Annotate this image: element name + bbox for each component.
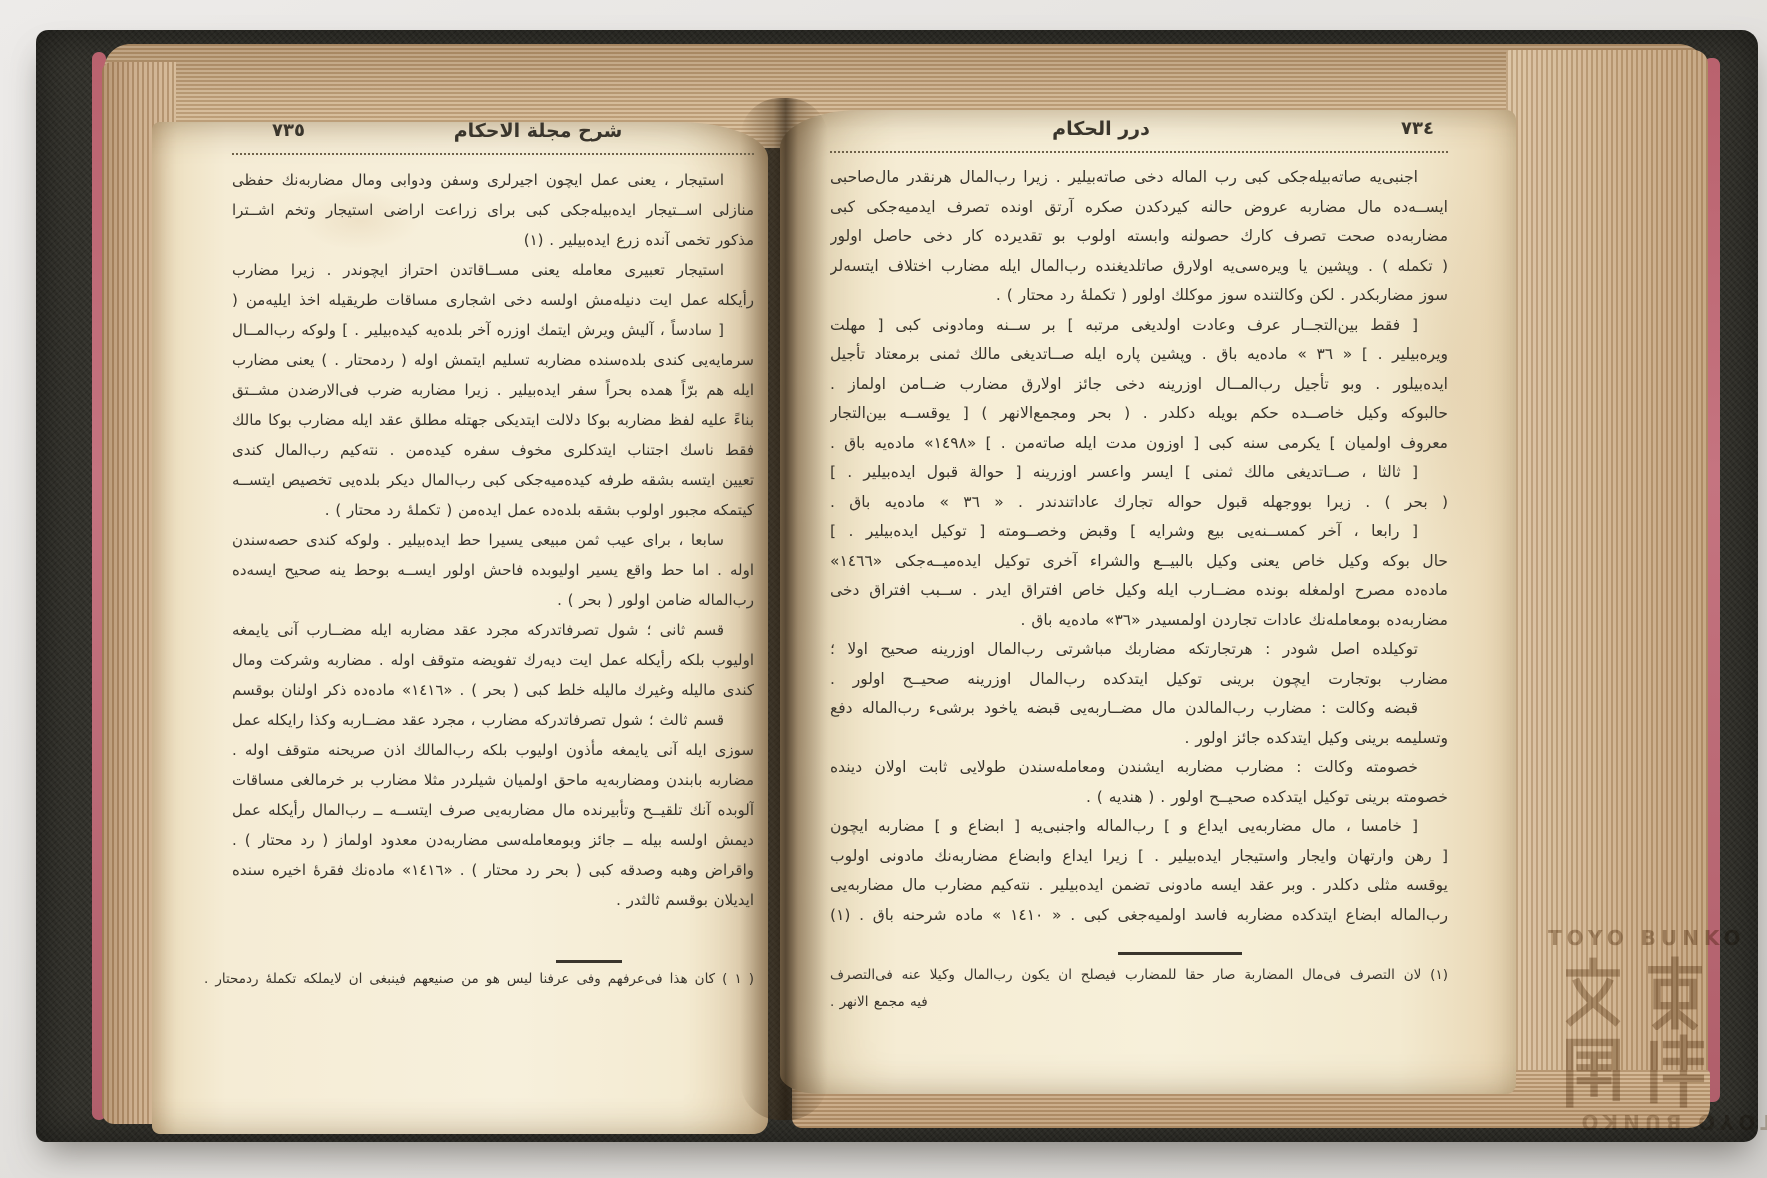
text-line: ( تكمله ) . وپشين يا ويره‌سى‌يه اولارق ص… (830, 252, 1448, 282)
text-line: [ ثالثا ، صــاتديغى مالك ثمنى ] ايسر واع… (830, 458, 1448, 488)
text-line: واقراض وهبه وصدقه كبى ( بحر رد محتار ) .… (232, 855, 754, 885)
text-line: اوليوب بلكه رأيكله عمل ايت ديه‌رك تفويضه… (232, 645, 754, 675)
text-line: مضاربه‌ده صحت تصرف كارك حصولنه وابسته او… (830, 222, 1448, 252)
book-photo: ٧٣٥ شرح مجلة الاحكام استيجار ، يعنى عمل … (0, 0, 1767, 1178)
page-edges-right (1506, 50, 1708, 1122)
right-page-number: ٧٣٤ (1401, 118, 1434, 139)
text-line: ايده‌بيلور . وبو تأجيل رب‌المــال اوزرين… (830, 370, 1448, 400)
text-line: منازلى اســتيجار ايده‌بيله‌جكى كبى براى … (232, 195, 754, 225)
text-line: (١) لان التصرف فى‌مال المضاربة صار حقا ل… (830, 962, 1448, 989)
text-line: قبضه وكالت : مضارب رب‌المالدن مال مضــار… (830, 694, 1448, 724)
text-line: مضاربه‌ده بومعامله‌نك عادات تجاردن اولمس… (830, 606, 1448, 636)
text-line: استيجار تعبيرى معامله يعنى مســاقاتدن اح… (232, 255, 754, 285)
text-line: فيه مجمع الانهر . (830, 989, 1448, 1016)
text-line: آلوبده آنك تلقيــح وتأبيرنده مال مضاربه‌… (232, 795, 754, 825)
text-line: ماده‌ده مصرح اولمغله بونده مضــارب ايله … (830, 576, 1448, 606)
text-line: ( بحر ) . زيرا بووجهله قبول حواله تجارك … (830, 488, 1448, 518)
text-line: قسم ثانى ؛ شول تصرفاتدركه مجرد عقد مضارب… (232, 615, 754, 645)
text-line: سوز مضاربكدر . لكن وكالتنده سوز موكلك او… (830, 281, 1448, 311)
left-page-footnote: ( ١ ) كان هذا فى‌عرفهم وفى عرفنا ليس هو … (204, 966, 754, 993)
text-line: ايديلان بوقسم ثالثدر . (232, 885, 754, 915)
text-line: رأيكله عمل ايت دنيله‌مش اولسه دخى اشجارى… (232, 285, 754, 315)
left-page-header: ٧٣٥ شرح مجلة الاحكام (232, 118, 754, 150)
text-line: ايله هم برّاً همده بحراً سفر ايده‌بيلير … (232, 375, 754, 405)
text-line: حال بوكه وكيل خاص يعنى وكيل بالبيــع وال… (830, 547, 1448, 577)
text-line: ( ١ ) كان هذا فى‌عرفهم وفى عرفنا ليس هو … (204, 966, 754, 993)
text-line: حالبوكه وكيل خاصــده حكم بويله دكلدر . (… (830, 399, 1448, 429)
text-line: اجنبى‌يه صاته‌بيله‌جكى كبى رب الماله دخى… (830, 163, 1448, 193)
right-page-header: درر الحكام ٧٣٤ (830, 116, 1448, 148)
text-line: كندى ماليله وغيرك ماليله خلط كبى ( بحر )… (232, 675, 754, 705)
right-page-title: درر الحكام (1052, 118, 1150, 140)
text-line: خصومته وكالت : مضارب مضاربه ايشندن ومعام… (830, 753, 1448, 783)
text-line: فقط ناسك اجتناب ايتدكلرى مخوف سفره كيده‌… (232, 435, 754, 465)
text-line: بناءً عليه لفظ مضاربه بوكا دلالت ايتديكى… (232, 405, 754, 435)
left-page-number: ٧٣٥ (272, 120, 305, 141)
right-page-footnote: (١) لان التصرف فى‌مال المضاربة صار حقا ل… (830, 962, 1448, 1016)
text-line: [ فقط بين‌التجــار عرف وعادت اولديغى مرت… (830, 311, 1448, 341)
text-line: سابعا ، براى عيب ثمن مبيعى يسيرا حط ايده… (232, 525, 754, 555)
text-line: رب‌الماله ابضاع ايتدكده مضاربه فاسد اولم… (830, 901, 1448, 931)
text-line: مذكور تخمى آنده زرع ايده‌بيلير . (١) (232, 225, 754, 255)
text-line: رب‌الماله ضامن اولور ( بحر ) . (232, 585, 754, 615)
text-line: يوقسه مثلى دكلدر . وبر عقد ايسه مادونى ت… (830, 871, 1448, 901)
text-line: تعيين ايتسه بشقه طرفه كيده‌ميه‌جكى كبى ر… (232, 465, 754, 495)
right-page-text: درر الحكام ٧٣٤ اجنبى‌يه صاته‌بيله‌جكى كب… (830, 116, 1448, 930)
text-line: استيجار ، يعنى عمل ايچون اجيرلرى وسفن ود… (232, 165, 754, 195)
text-line: خصومته برينى توكيل ايتدكده صحيــح اولور … (830, 783, 1448, 813)
text-line: سرمايه‌يى كندى بلده‌سنده مضاربه تسليم اي… (232, 345, 754, 375)
right-page-body: اجنبى‌يه صاته‌بيله‌جكى كبى رب الماله دخى… (830, 153, 1448, 930)
text-line: كيتمكه مجبور اولوب بشقه بلده‌ده عمل ايده… (232, 495, 754, 525)
text-line: توكيلده اصل شودر : هرتجارتكه مضاربك مباش… (830, 635, 1448, 665)
text-line: [ رهن وارتهان وايجار واستيجار ايده‌بيلير… (830, 842, 1448, 872)
left-page-body: استيجار ، يعنى عمل ايچون اجيرلرى وسفن ود… (232, 155, 754, 915)
text-line: معروف اولميان ] يكرمى سنه كبى [ اوزون مد… (830, 429, 1448, 459)
text-line: ديمش اولسه بيله ــ جائز وبومعامله‌سى مضا… (232, 825, 754, 855)
text-line: ويره‌بيلير . ] « ٣٦ » ماده‌يه باق . وپشي… (830, 340, 1448, 370)
text-line: قسم ثالث ؛ شول تصرفاتدركه مضارب ، مجرد ع… (232, 705, 754, 735)
text-line: مضاربه بابندن ومضاربه‌يه ماحق اولميان شي… (232, 765, 754, 795)
text-line: وتسليمه برينى وكيل ايتدكده جائز اولور . (830, 724, 1448, 754)
text-line: [ رابعا ، آخر كمســنه‌يى بيع وشرايه ] وق… (830, 517, 1448, 547)
text-line: اوله . اما حط واقع يسير اوليوبده فاحش او… (232, 555, 754, 585)
text-line: مضارب بوتجارت ايچون برينى توكيل ايتدكده … (830, 665, 1448, 695)
text-line: ايســه‌ده مال مضاربه عروض حالنه كيردكدن … (830, 193, 1448, 223)
right-footnote-separator (1118, 952, 1242, 955)
left-footnote-separator (556, 960, 622, 963)
text-line: [ سادساً ، آليش ويرش ايتمك اوزره آخر بلد… (232, 315, 754, 345)
left-page-text: ٧٣٥ شرح مجلة الاحكام استيجار ، يعنى عمل … (232, 118, 754, 915)
text-line: سوزى ايله آنى يايمغه مأذون اوليوب بلكه ر… (232, 735, 754, 765)
left-page-title: شرح مجلة الاحكام (454, 120, 623, 142)
text-line: [ خامسا ، مال مضاربه‌يى ايداع و ] رب‌الم… (830, 812, 1448, 842)
